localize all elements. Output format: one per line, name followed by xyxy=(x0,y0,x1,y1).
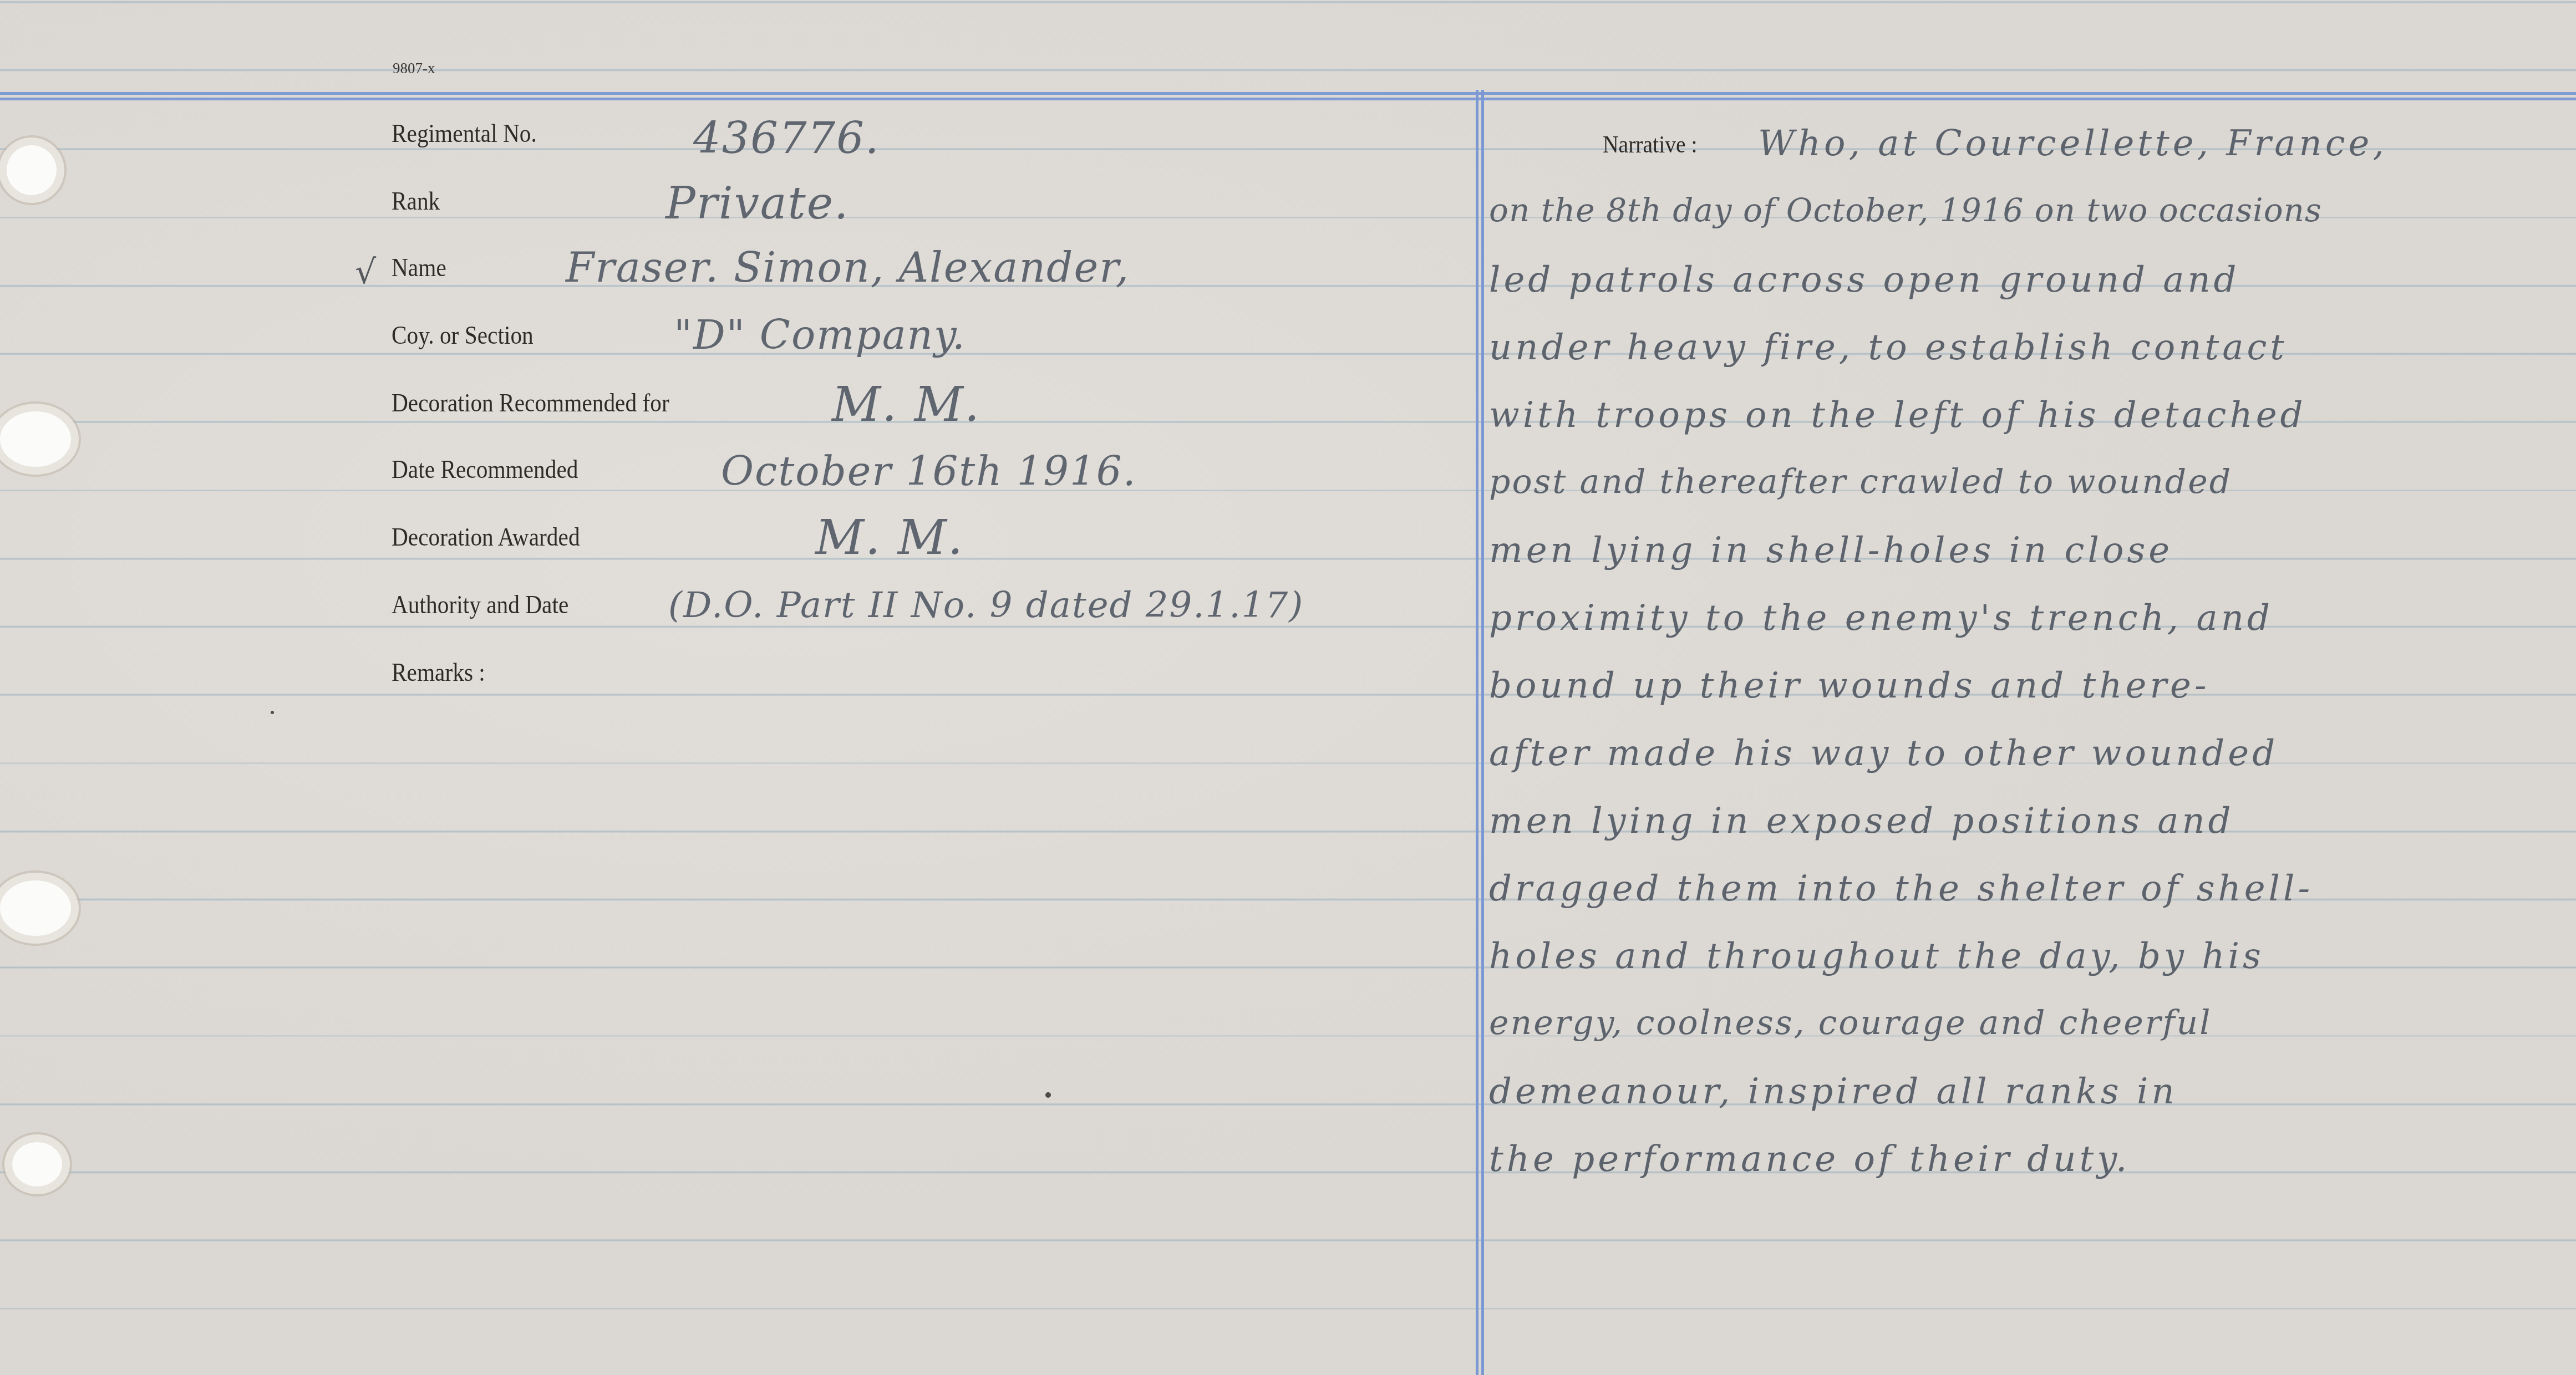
narrative-line: after made his way to other wounded xyxy=(1489,733,2278,774)
narrative-line: Who, at Courcellette, France, xyxy=(1758,123,2387,164)
narrative-line: bound up their wounds and there- xyxy=(1489,665,2210,706)
punch-hole-1 xyxy=(7,145,57,195)
narrative-line: with troops on the left of his detached xyxy=(1489,395,2306,436)
medal-record-card: 9807-x Regimental No. 436776. Rank Priva… xyxy=(0,0,2576,1375)
column-divider-right xyxy=(1481,90,1484,1375)
narrative-line: the performance of their duty. xyxy=(1489,1139,2130,1180)
narrative-line: proximity to the enemy's trench, and xyxy=(1489,598,2273,639)
value-decoration-awarded: M. M. xyxy=(815,510,964,566)
value-date-recommended: October 16th 1916. xyxy=(721,448,1137,495)
narrative-line: on the 8th day of October, 1916 on two o… xyxy=(1489,191,2322,229)
label-remarks: Remarks : xyxy=(392,658,485,687)
value-coy-section: "D" Company. xyxy=(674,312,966,358)
column-divider-left xyxy=(1476,90,1478,1375)
narrative-line: led patrols across open ground and xyxy=(1489,259,2240,301)
label-narrative: Narrative : xyxy=(1603,130,1697,159)
value-regimental-no: 436776. xyxy=(693,114,880,164)
narrative-line: men lying in exposed positions and xyxy=(1489,801,2234,842)
label-authority-date: Authority and Date xyxy=(392,590,568,620)
narrative-line: post and thereafter crawled to wounded xyxy=(1489,462,2232,501)
narrative-line: holes and throughout the day, by his xyxy=(1489,936,2264,977)
header-rule-bottom xyxy=(0,98,2576,100)
narrative-line: demeanour, inspired all ranks in xyxy=(1489,1071,2178,1112)
label-name: Name xyxy=(392,253,446,283)
narrative-line: under heavy fire, to establish contact xyxy=(1489,327,2288,368)
label-rank: Rank xyxy=(392,186,440,216)
ink-speck xyxy=(1045,1092,1051,1098)
value-rank: Private. xyxy=(665,177,849,229)
value-decoration-recommended: M. M. xyxy=(832,377,980,432)
label-decoration-recommended: Decoration Recommended for xyxy=(392,388,669,418)
header-rule-top xyxy=(0,92,2576,95)
punch-hole-2 xyxy=(0,411,71,467)
narrative-line: energy, coolness, courage and cheerful xyxy=(1489,1004,2212,1042)
label-regimental-no: Regimental No. xyxy=(392,119,537,149)
label-date-recommended: Date Recommended xyxy=(392,455,578,485)
form-code: 9807-x xyxy=(393,60,435,77)
punch-hole-3 xyxy=(0,880,71,936)
value-authority-date: (D.O. Part II No. 9 dated 29.1.17) xyxy=(668,585,1304,626)
value-name: Fraser. Simon, Alexander, xyxy=(566,244,1130,292)
label-decoration-awarded: Decoration Awarded xyxy=(392,522,580,552)
narrative-line: men lying in shell-holes in close xyxy=(1489,530,2173,571)
ink-speck xyxy=(271,711,274,714)
punch-hole-4 xyxy=(12,1142,62,1186)
narrative-line: dragged them into the shelter of shell- xyxy=(1489,868,2313,909)
check-mark-icon: √ xyxy=(355,253,376,292)
label-coy-section: Coy. or Section xyxy=(392,320,534,350)
